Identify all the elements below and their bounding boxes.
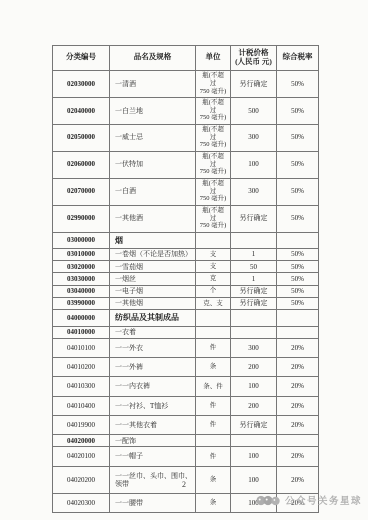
cell-name: 一威士忌 (110, 124, 196, 151)
cell-name: 一雪茄烟 (110, 261, 196, 273)
cell-code: 02030000 (53, 70, 110, 97)
cell-price (231, 232, 277, 248)
tariff-table: 分类编号 品名及规格 单位 计税价格 (人民币 元) 综合税率 02030000… (52, 45, 319, 513)
cell-name: 一一外裤 (110, 358, 196, 377)
cell-name: 一其他烟 (110, 297, 196, 309)
cell-code: 03010000 (53, 248, 110, 260)
cell-code: 04010400 (53, 396, 110, 415)
cell-unit: 条 (196, 494, 231, 513)
cell-code: 03040000 (53, 285, 110, 297)
table-row: 03990000 一其他烟 克、支 另行确定 50% (53, 297, 319, 309)
cell-unit (196, 310, 231, 326)
cell-name: 一卷烟（不论是否加热） (110, 248, 196, 260)
cell-price: 200 (231, 358, 277, 377)
table-row: 02990000 一其他酒 瓶(不超过 750 毫升) 另行确定 50% (53, 205, 319, 232)
cell-price: 500 (231, 97, 277, 124)
cell-name: 一白酒 (110, 178, 196, 205)
watermark-text: 公众号关务星球 (285, 493, 362, 507)
cell-code: 02070000 (53, 178, 110, 205)
cell-unit: 瓶(不超过 750 毫升) (196, 124, 231, 151)
cell-name: 一配饰 (110, 435, 196, 447)
cell-code: 02990000 (53, 205, 110, 232)
cell-price (231, 435, 277, 447)
cell-name: 一衣着 (110, 326, 196, 338)
cell-rate: 50% (277, 70, 319, 97)
cell-price: 100 (231, 377, 277, 396)
cell-unit: 支 (196, 261, 231, 273)
cell-unit: 条 (196, 358, 231, 377)
cell-name: 一一外衣 (110, 338, 196, 357)
cell-unit (196, 232, 231, 248)
cell-unit: 瓶(不超过 750 毫升) (196, 151, 231, 178)
table-row: 04010300 一一内衣裤 条、件 100 20% (53, 377, 319, 396)
cell-name: 一清酒 (110, 70, 196, 97)
cell-name: 一其他酒 (110, 205, 196, 232)
cell-rate: 50% (277, 261, 319, 273)
column-header-name: 品名及规格 (110, 46, 196, 71)
cell-name: 一白兰地 (110, 97, 196, 124)
table-row: 02050000 一威士忌 瓶(不超过 750 毫升) 300 50% (53, 124, 319, 151)
cell-rate: 50% (277, 178, 319, 205)
cell-code: 02060000 (53, 151, 110, 178)
cell-rate: 50% (277, 151, 319, 178)
table-row: 03010000 一卷烟（不论是否加热） 支 1 50% (53, 248, 319, 260)
cell-code: 02040000 (53, 97, 110, 124)
cell-code: 04000000 (53, 310, 110, 326)
cell-price: 300 (231, 338, 277, 357)
cell-name: 一烟丝 (110, 273, 196, 285)
cell-price (231, 326, 277, 338)
cell-unit: 克 (196, 273, 231, 285)
cell-rate: 50% (277, 248, 319, 260)
table-row: 02070000 一白酒 瓶(不超过 750 毫升) 300 50% (53, 178, 319, 205)
cell-price: 另行确定 (231, 297, 277, 309)
cell-rate: 20% (277, 447, 319, 466)
cell-code: 04010200 (53, 358, 110, 377)
cell-unit: 瓶(不超过 750 毫升) (196, 70, 231, 97)
cell-rate (277, 232, 319, 248)
cell-price: 100 (231, 447, 277, 466)
cell-price: 100 (231, 151, 277, 178)
cell-rate: 50% (277, 205, 319, 232)
table-row: 04020000 一配饰 (53, 435, 319, 447)
watermark: 公众号关务星球 (256, 493, 362, 507)
table-row: 04010200 一一外裤 条 200 20% (53, 358, 319, 377)
column-header-price: 计税价格 (人民币 元) (231, 46, 277, 71)
cell-rate: 20% (277, 377, 319, 396)
cell-price (231, 310, 277, 326)
cell-rate (277, 326, 319, 338)
cell-rate: 20% (277, 338, 319, 357)
column-header-unit: 单位 (196, 46, 231, 71)
table-row: 03030000 一烟丝 克 1 50% (53, 273, 319, 285)
cell-code: 04020100 (53, 447, 110, 466)
cell-code: 04010100 (53, 338, 110, 357)
cell-unit: 支 (196, 248, 231, 260)
watermark-logo-icon (256, 494, 282, 507)
cell-price: 1 (231, 273, 277, 285)
cell-code: 04010300 (53, 377, 110, 396)
cell-rate: 50% (277, 273, 319, 285)
document-page: 分类编号 品名及规格 单位 计税价格 (人民币 元) 综合税率 02030000… (0, 0, 368, 520)
cell-code: 04020300 (53, 494, 110, 513)
cell-unit: 个 (196, 285, 231, 297)
page-number: 2 (0, 480, 368, 489)
column-header-rate: 综合税率 (277, 46, 319, 71)
cell-unit: 条、件 (196, 377, 231, 396)
cell-name: 一电子烟 (110, 285, 196, 297)
cell-price: 50 (231, 261, 277, 273)
table-body: 02030000 一清酒 瓶(不超过 750 毫升) 另行确定 50% 0204… (53, 70, 319, 513)
table-row: 02040000 一白兰地 瓶(不超过 750 毫升) 500 50% (53, 97, 319, 124)
cell-name: 一一帽子 (110, 447, 196, 466)
cell-unit: 件 (196, 447, 231, 466)
table-header-row: 分类编号 品名及规格 单位 计税价格 (人民币 元) 综合税率 (53, 46, 319, 71)
cell-code: 04019900 (53, 415, 110, 434)
table-row: 04010100 一一外衣 件 300 20% (53, 338, 319, 357)
table-row: 04010400 一一衬衫、T恤衫 件 200 20% (53, 396, 319, 415)
cell-name: 纺织品及其制成品 (110, 310, 196, 326)
cell-name: 一伏特加 (110, 151, 196, 178)
cell-code: 02050000 (53, 124, 110, 151)
cell-rate: 50% (277, 285, 319, 297)
cell-rate (277, 310, 319, 326)
table-row: 03000000 烟 (53, 232, 319, 248)
cell-code: 03000000 (53, 232, 110, 248)
cell-unit: 瓶(不超过 750 毫升) (196, 178, 231, 205)
cell-unit: 克、支 (196, 297, 231, 309)
cell-code: 03990000 (53, 297, 110, 309)
cell-unit: 瓶(不超过 750 毫升) (196, 205, 231, 232)
cell-code: 04010000 (53, 326, 110, 338)
cell-price: 200 (231, 396, 277, 415)
cell-rate: 20% (277, 415, 319, 434)
cell-unit: 件 (196, 415, 231, 434)
cell-name: 烟 (110, 232, 196, 248)
cell-name: 一一其他衣着 (110, 415, 196, 434)
cell-code: 03030000 (53, 273, 110, 285)
cell-price: 300 (231, 124, 277, 151)
cell-rate: 50% (277, 297, 319, 309)
cell-price: 另行确定 (231, 285, 277, 297)
cell-rate (277, 435, 319, 447)
column-header-code: 分类编号 (53, 46, 110, 71)
cell-code: 03020000 (53, 261, 110, 273)
cell-price: 1 (231, 248, 277, 260)
cell-name: 一一腰带 (110, 494, 196, 513)
cell-unit (196, 326, 231, 338)
cell-rate: 50% (277, 124, 319, 151)
cell-price: 另行确定 (231, 70, 277, 97)
cell-code: 04020000 (53, 435, 110, 447)
cell-rate: 20% (277, 358, 319, 377)
table-row: 03020000 一雪茄烟 支 50 50% (53, 261, 319, 273)
cell-unit: 瓶(不超过 750 毫升) (196, 97, 231, 124)
table-row: 03040000 一电子烟 个 另行确定 50% (53, 285, 319, 297)
table-row: 02060000 一伏特加 瓶(不超过 750 毫升) 100 50% (53, 151, 319, 178)
cell-name: 一一内衣裤 (110, 377, 196, 396)
table-row: 02030000 一清酒 瓶(不超过 750 毫升) 另行确定 50% (53, 70, 319, 97)
cell-price: 300 (231, 178, 277, 205)
table-row: 04010000 一衣着 (53, 326, 319, 338)
cell-unit: 件 (196, 338, 231, 357)
cell-rate: 50% (277, 97, 319, 124)
table-row: 04020100 一一帽子 件 100 20% (53, 447, 319, 466)
cell-price: 另行确定 (231, 205, 277, 232)
cell-unit: 件 (196, 396, 231, 415)
table-row: 04000000 纺织品及其制成品 (53, 310, 319, 326)
table-row: 04019900 一一其他衣着 件 另行确定 20% (53, 415, 319, 434)
cell-rate: 20% (277, 396, 319, 415)
cell-unit (196, 435, 231, 447)
cell-price: 另行确定 (231, 415, 277, 434)
cell-name: 一一衬衫、T恤衫 (110, 396, 196, 415)
